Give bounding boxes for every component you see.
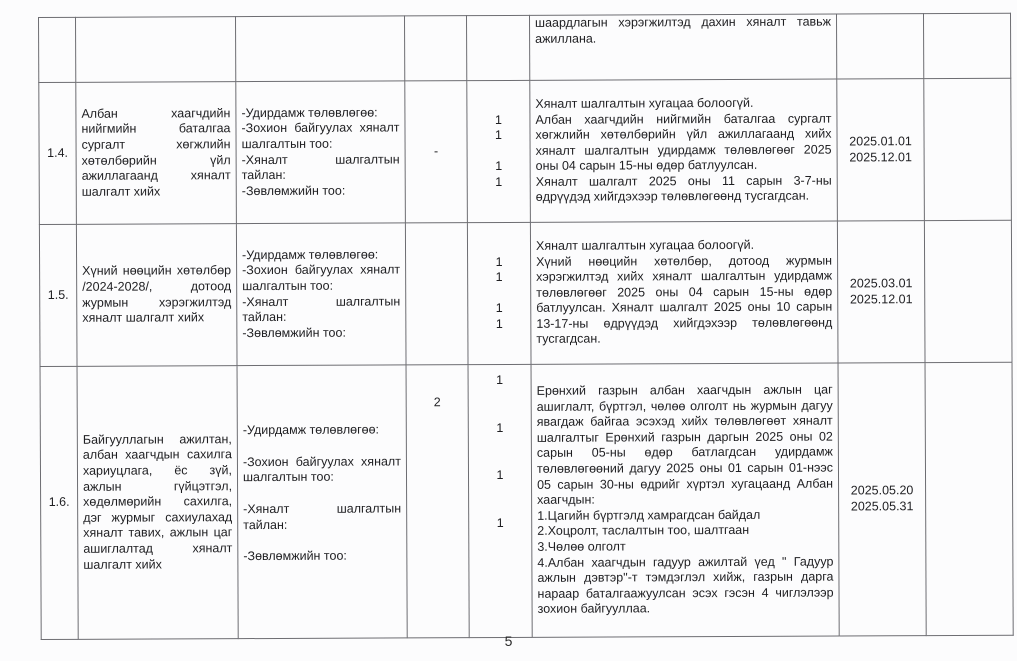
cell-indicators: -Удирдамж төлөвлөгөө: -Зохион байгуулах … — [236, 223, 406, 366]
indicator-recommendations: -Зөвлөмжийн тоо: — [243, 549, 401, 565]
indicator-recommendations: -Зөвлөмжийн тоо: — [242, 183, 400, 199]
cell-number — [39, 17, 76, 82]
target-value: 1 — [495, 175, 502, 191]
result-list-item: 2.Хоцролт, таслалтын тоо, шалтгаан — [537, 523, 833, 540]
end-date: 2025.12.01 — [843, 292, 919, 308]
cell-baseline: - — [405, 81, 468, 223]
cell-result: шаардлагын хэрэгжилтэд дахин хяналт тавь… — [529, 14, 836, 80]
cell-targets: 1 1 1 1 — [467, 222, 531, 364]
cell-result: Ерөнхий газрын албан хаагчдын ажлын цаг … — [531, 363, 839, 637]
target-value: 1 — [496, 301, 503, 317]
indicator-plan: -Удирдамж төлөвлөгөө: — [243, 423, 401, 439]
table-row: 1.4. Албан хаагчдийн нийгмийн баталгаа с… — [39, 78, 1012, 224]
start-date: 2025.01.01 — [843, 134, 919, 150]
cell-extra — [924, 220, 1012, 362]
cell-targets: 1 1 1 1 — [468, 364, 532, 637]
monitoring-plan-table: шаардлагын хэрэгжилтэд дахин хяналт тавь… — [38, 13, 1014, 640]
cell-title: Албан хаагчдийн нийгмийн баталгаа сургал… — [76, 82, 237, 225]
cell-dates: 2025.01.01 2025.12.01 — [837, 79, 925, 221]
cell-baseline — [404, 16, 466, 81]
cell-result: Хяналт шалгалтын хугацаа болоогүй. Албан… — [530, 79, 838, 222]
end-date: 2025.05.31 — [844, 499, 920, 515]
target-value: 1 — [496, 270, 503, 286]
target-value: 1 — [496, 373, 503, 389]
target-value: 1 — [495, 113, 502, 129]
cell-number: 1.6. — [40, 366, 78, 639]
indicator-inspection-count: -Зохион байгуулах хяналт шалгалтын тоо: — [243, 454, 401, 486]
cell-dates: 2025.05.20 2025.05.31 — [838, 363, 926, 636]
cell-baseline — [405, 223, 468, 365]
result-text: Хяналт шалгалт 2025 оны 11 сарын 3-7-ны … — [536, 173, 832, 205]
cell-title: Хүний нөөцийн хөтөлбөр /2024-2028/, дото… — [76, 224, 237, 367]
result-list-item: 1.Цагийн бүртгэлд хамрагдсан байдал — [537, 507, 833, 524]
cell-targets — [466, 15, 529, 80]
target-value: 1 — [495, 128, 502, 144]
target-value: 1 — [496, 468, 503, 484]
target-value: 1 — [496, 317, 503, 333]
cell-number: 1.4. — [39, 82, 77, 224]
target-value: 1 — [496, 421, 503, 437]
cell-title: Байгууллагын ажилтан, албан хаагчдын сах… — [77, 366, 238, 640]
cell-number: 1.5. — [39, 224, 77, 366]
target-value: 1 — [495, 159, 502, 175]
indicator-report: -Хяналт шалгалтын тайлан: — [242, 152, 400, 184]
table-row: 1.5. Хүний нөөцийн хөтөлбөр /2024-2028/,… — [39, 220, 1012, 366]
indicator-plan: -Удирдамж төлөвлөгөө: — [242, 247, 400, 263]
result-list-item: 4.Албан хаагчдын гадуур ажилтай үед " Га… — [537, 554, 833, 618]
target-value: 1 — [496, 255, 503, 271]
cell-extra — [923, 13, 1010, 78]
cell-dates: 2025.03.01 2025.12.01 — [837, 221, 925, 363]
table-row: 1.6. Байгууллагын ажилтан, албан хаагчды… — [40, 362, 1013, 639]
cell-result: Хяналт шалгалтын хугацаа болоогүй. Хүний… — [530, 221, 838, 364]
result-status: Хяналт шалгалтын хугацаа болоогүй. — [536, 237, 832, 254]
cell-indicators: -Удирдамж төлөвлөгөө: -Зохион байгуулах … — [237, 365, 407, 639]
indicator-report: -Хяналт шалгалтын тайлан: — [243, 501, 401, 533]
cell-title — [76, 17, 236, 83]
table-row-continuation: шаардлагын хэрэгжилтэд дахин хяналт тавь… — [39, 13, 1011, 82]
result-text: Хүний нөөцийн хөтөлбөр, дотоод журмын хэ… — [536, 253, 832, 348]
cell-extra — [924, 78, 1012, 220]
target-value: 1 — [497, 516, 504, 532]
indicator-report: -Хяналт шалгалтын тайлан: — [242, 294, 400, 326]
result-text: Ерөнхий газрын албан хаагчдын ажлын цаг … — [537, 383, 834, 509]
cell-indicators: -Удирдамж төлөвлөгөө: -Зохион байгуулах … — [236, 81, 406, 224]
cell-dates — [836, 14, 923, 79]
result-text: шаардлагын хэрэгжилтэд дахин хяналт тавь… — [535, 15, 831, 47]
document-page: шаардлагын хэрэгжилтэд дахин хяналт тавь… — [0, 0, 1017, 661]
indicator-recommendations: -Зөвлөмжийн тоо: — [242, 325, 400, 341]
cell-baseline: 2 — [406, 365, 469, 638]
end-date: 2025.12.01 — [843, 150, 919, 166]
indicator-inspection-count: -Зохион байгуулах хяналт шалгалтын тоо: — [242, 263, 400, 295]
result-status: Хяналт шалгалтын хугацаа болоогүй. — [535, 95, 831, 112]
indicator-plan: -Удирдамж төлөвлөгөө: — [241, 105, 399, 121]
indicator-inspection-count: -Зохион байгуулах хяналт шалгалтын тоо: — [241, 121, 399, 153]
cell-targets: 1 1 1 1 — [467, 80, 531, 222]
start-date: 2025.03.01 — [843, 276, 919, 292]
cell-extra — [925, 362, 1013, 635]
result-list-item: 3.Чөлөө олголт — [537, 539, 833, 556]
page-number: 5 — [0, 633, 1017, 649]
cell-indicators — [236, 16, 405, 82]
result-text: Албан хаагчдийн нийгмийн баталгаа сургал… — [535, 111, 831, 175]
start-date: 2025.05.20 — [844, 484, 920, 500]
